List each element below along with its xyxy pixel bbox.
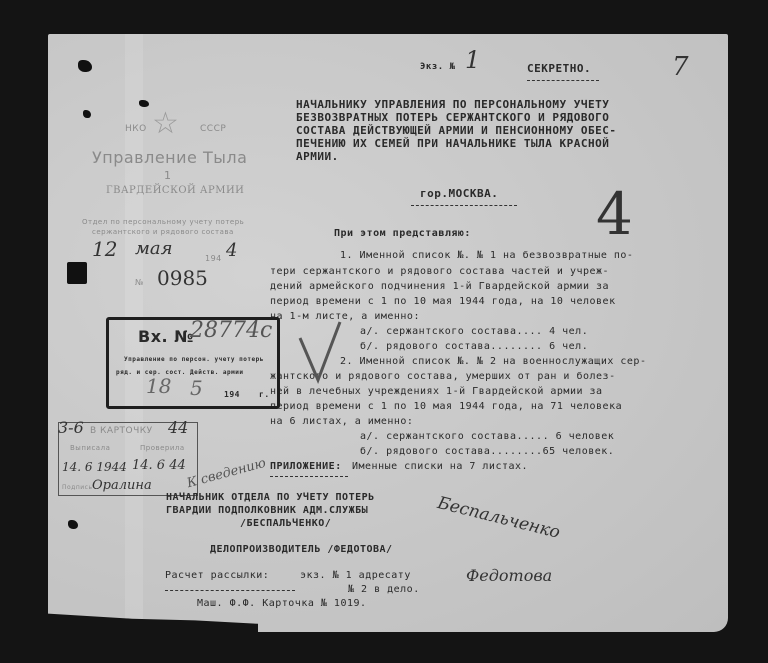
incoming-year-suffix: г. (259, 390, 270, 399)
letterhead-dept-line2: сержантского и рядового состава (92, 228, 234, 236)
item1-line: дений армейского подчинения 1-й Гвардейс… (270, 281, 609, 292)
card-date2: 14. 6 44 (132, 458, 186, 473)
card-date1: 14. 6 1944 (62, 460, 127, 474)
item1-line: 1. Именной список №. № 1 на безвозвратны… (340, 250, 633, 261)
underline (165, 590, 295, 591)
attachment-label: ПРИЛОЖЕНИЕ: (270, 461, 342, 472)
underline (270, 476, 348, 477)
punch-hole (139, 100, 149, 107)
addressee-line: НАЧАЛЬНИКУ УПРАВЛЕНИЯ ПО ПЕРСОНАЛЬНОМУ У… (296, 98, 609, 111)
distribution-copy2: № 2 в дело. (348, 584, 420, 595)
item2-line: период времени с 1 по 10 мая 1944 года, … (270, 401, 622, 412)
letterhead-army: ГВАРДЕЙСКОЙ АРМИИ (106, 185, 244, 196)
letterhead-title: Управление Тыла (92, 148, 247, 167)
letterhead-army-number: 1 (164, 169, 172, 182)
addressee-line: СОСТАВА ДЕЙСТВУЮЩЕЙ АРМИИ И ПЕНСИОННОМУ … (296, 124, 617, 137)
copy-label: Экз. № (420, 62, 456, 72)
incoming-day: 18 (146, 374, 171, 398)
card-col1: Выписала (70, 444, 110, 452)
date-year-prefix: 194 (205, 254, 222, 263)
card-sign-label: Подпись (62, 484, 93, 491)
signature-clerk: Федотова (466, 566, 552, 585)
distribution-copy1: экз. № 1 адресату (300, 570, 411, 581)
incoming-line2: ряд. и сер. сост. Действ. армии (116, 369, 243, 376)
signatory-title: НАЧАЛЬНИК ОТДЕЛА ПО УЧЕТУ ПОТЕРЬ (166, 492, 375, 503)
incoming-number: 28774с (190, 318, 272, 343)
outgoing-number: 0985 (157, 266, 208, 290)
letterhead-org-right: СССР (200, 124, 226, 134)
signatory-rank: ГВАРДИИ ПОДПОЛКОВНИК АДМ.СЛУЖБЫ (166, 505, 368, 516)
card-signature: Оралина (92, 478, 152, 493)
item1-breakdown: б/. рядового состава........ 6 чел. (360, 341, 588, 352)
underline (527, 80, 599, 81)
item1-line: тери сержантского и рядового состава час… (270, 266, 609, 277)
signatory-name: /БЕСПАЛЬЧЕНКО/ (240, 518, 331, 529)
date-day: 12 (92, 237, 117, 261)
copy-number: 1 (465, 46, 480, 74)
date-month: мая (135, 238, 173, 259)
card-col2: Проверила (140, 444, 185, 452)
card-corner-number: 3-6 (58, 418, 84, 437)
punch-hole (68, 520, 78, 529)
date-year-suffix: 4 (226, 240, 237, 261)
letterhead-dept-line1: Отдел по персональному учету потерь (82, 218, 244, 226)
addressee-line: БЕЗВОЗВРАТНЫХ ПОТЕРЬ СЕРЖАНТСКОГО И РЯДО… (296, 111, 609, 124)
item1-line: период времени с 1 по 10 мая 1944 года, … (270, 296, 616, 307)
distribution-footer: Маш. Ф.Ф. Карточка № 1019. (197, 598, 367, 609)
addressee-line: ПЕЧЕНИЮ ИХ СЕМЕЙ ПРИ НАЧАЛЬНИКЕ ТЫЛА КРА… (296, 137, 609, 150)
red-star-icon: ☆ (152, 106, 179, 141)
checkmark-icon (296, 318, 346, 388)
distribution-label: Расчет рассылки: (165, 570, 269, 581)
punch-hole (78, 60, 92, 72)
item1-breakdown: а/. сержантского состава.... 4 чел. (360, 326, 588, 337)
intro: При этом представляю: (334, 228, 471, 239)
item2-breakdown: а/. сержантского состава..... 6 человек (360, 431, 614, 442)
letterhead-org-left: НКО (125, 124, 147, 134)
handwritten-mark: 4 (596, 180, 633, 248)
punch-hole (67, 262, 87, 284)
city: гор.МОСКВА. (420, 187, 498, 200)
classification: СЕКРЕТНО. (527, 62, 591, 75)
incoming-year: 194 (224, 390, 240, 399)
number-label: № (135, 278, 144, 287)
page-mark: 7 (672, 52, 689, 82)
addressee-line: АРМИИ. (296, 150, 339, 163)
incoming-label: Вх. № (138, 327, 194, 346)
card-header-number: 44 (168, 418, 188, 437)
punch-hole (83, 110, 91, 118)
attachment-text: Именные списки на 7 листах. (352, 461, 528, 472)
incoming-line1: Управление по персон. учету потерь (124, 356, 264, 363)
item2-line: на 6 листах, а именно: (270, 416, 413, 427)
item2-line: 2. Именной список №. № 2 на военнослужащ… (340, 356, 646, 367)
incoming-month: 5 (190, 376, 203, 400)
card-header: В КАРТОЧКУ (90, 426, 153, 436)
underline (411, 205, 517, 206)
item2-breakdown: б/. рядового состава........65 человек. (360, 446, 614, 457)
clerk-line: ДЕЛОПРОИЗВОДИТЕЛЬ /ФЕДОТОВА/ (210, 544, 393, 555)
